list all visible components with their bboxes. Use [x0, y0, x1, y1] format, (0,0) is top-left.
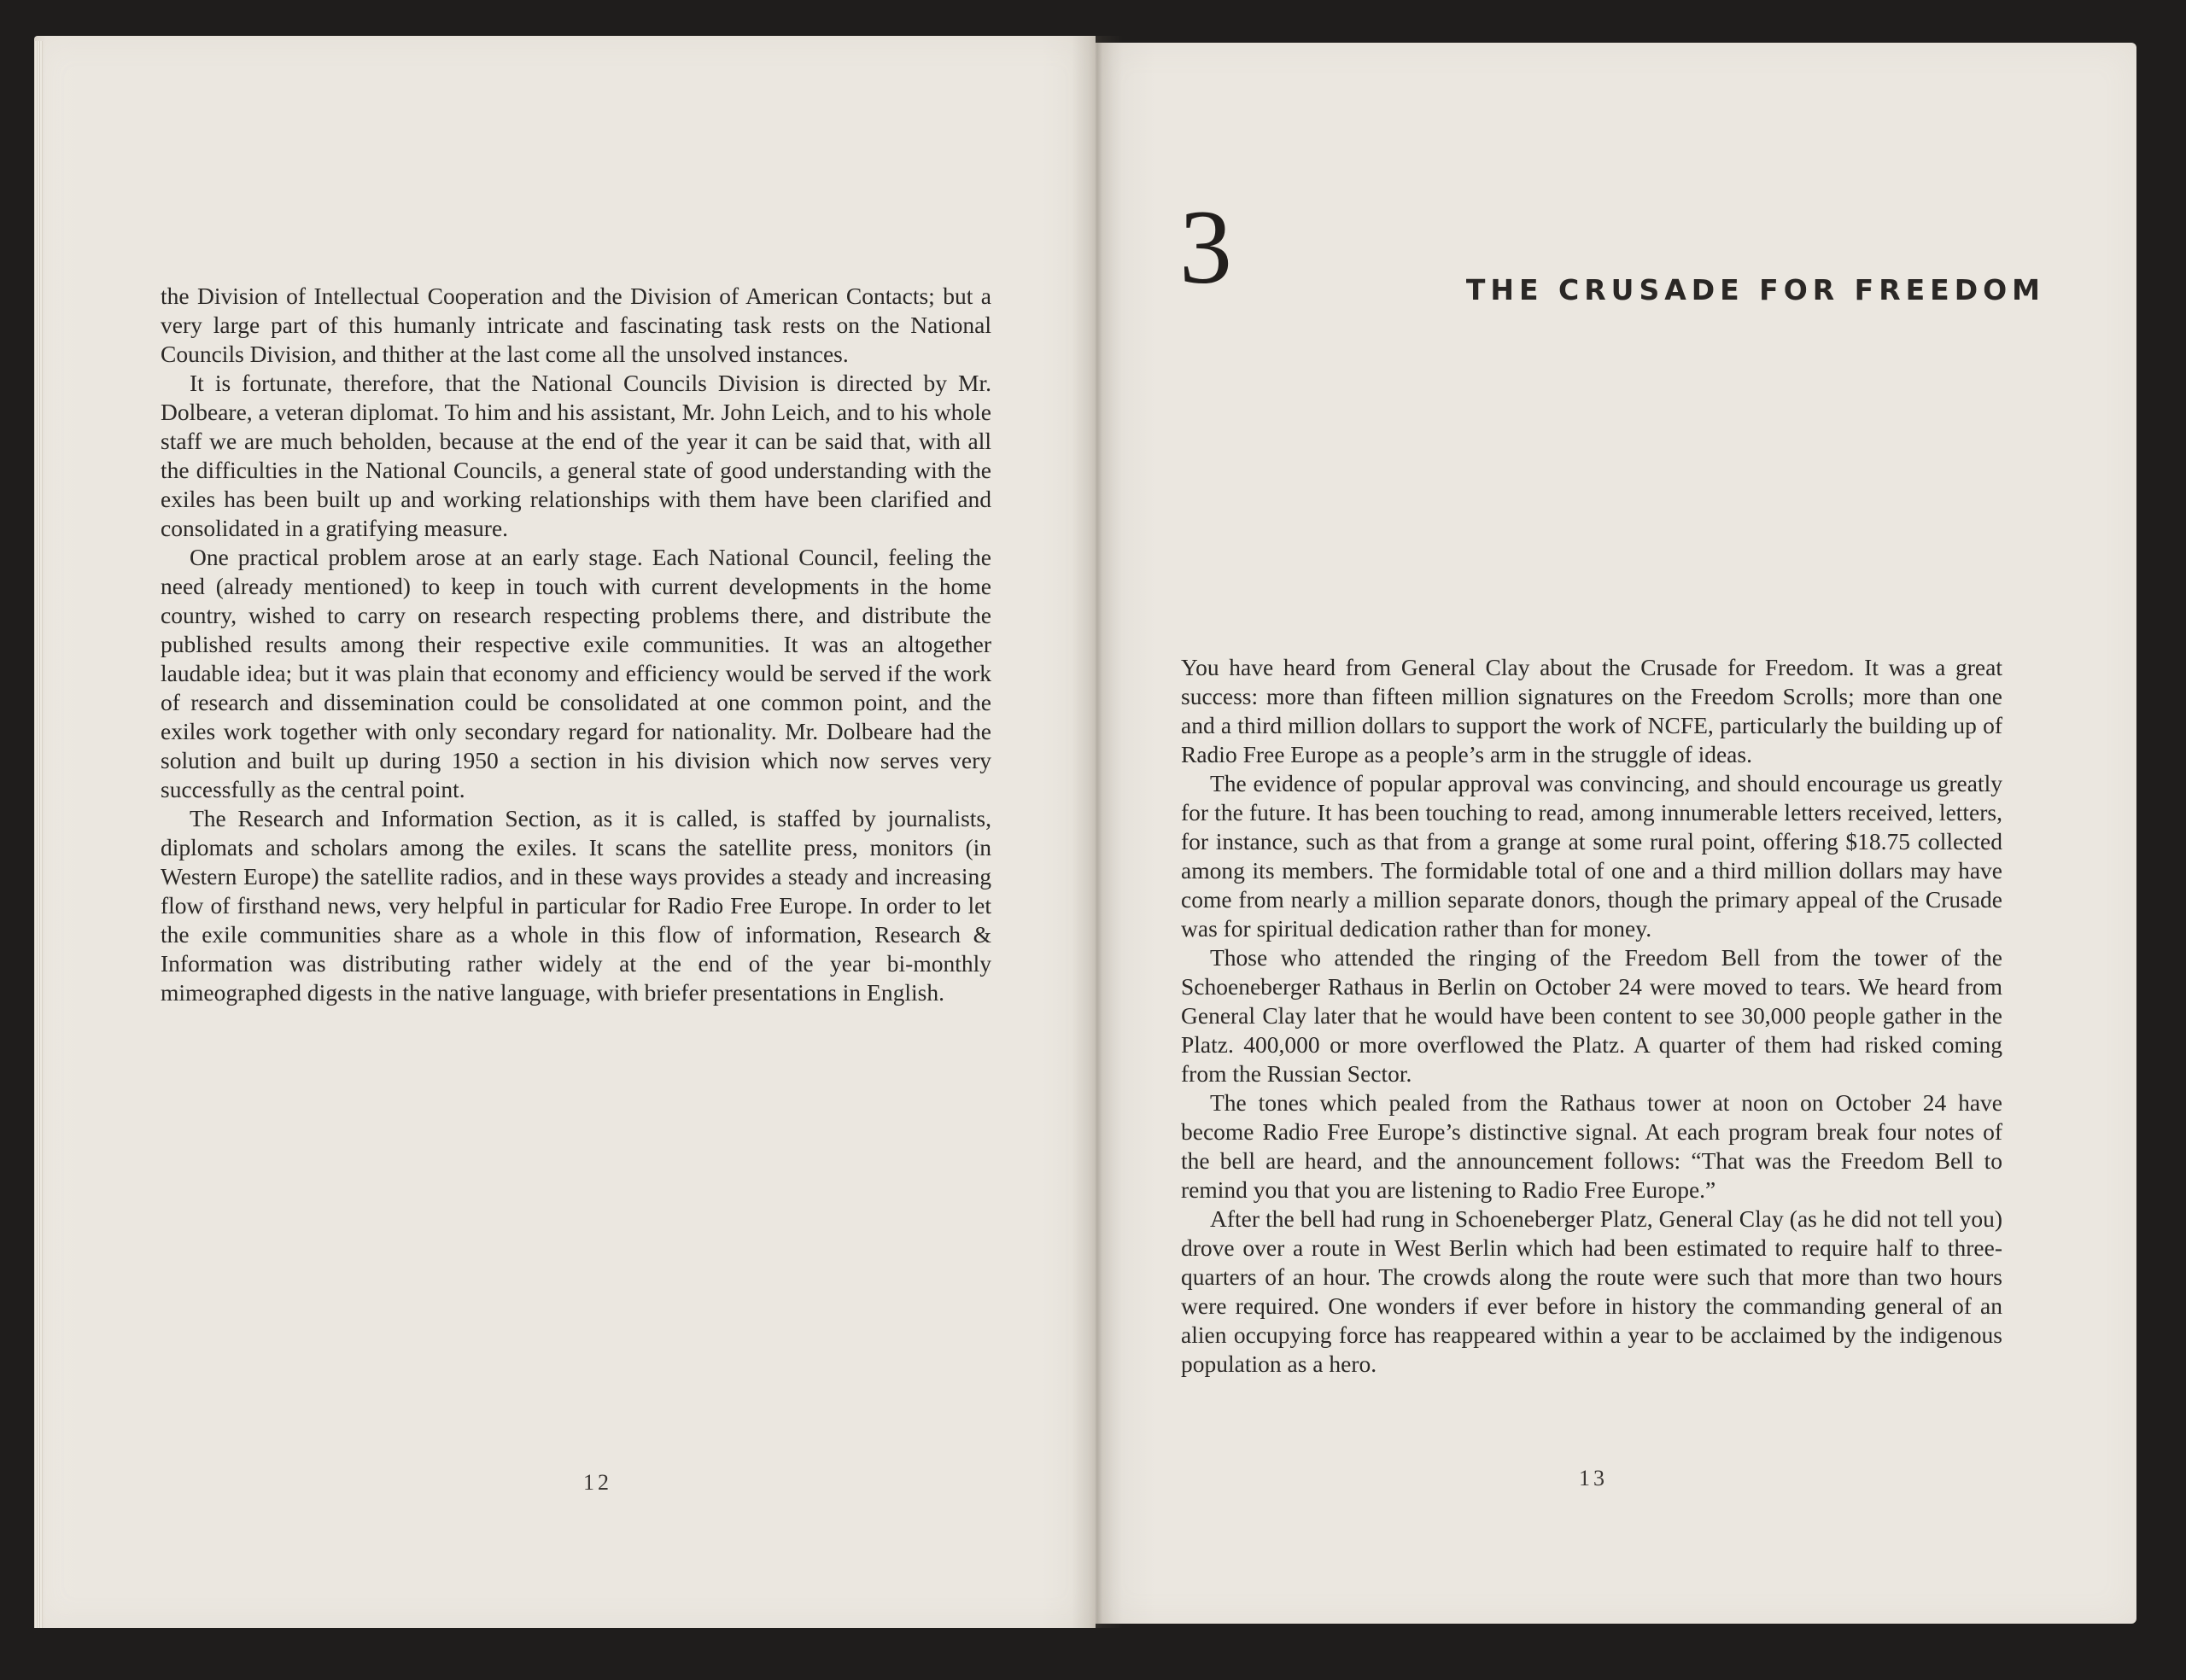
paragraph: The Research and Information Section, as… [161, 804, 991, 1007]
chapter-number: 3 [1179, 195, 1232, 300]
paragraph: The tones which pealed from the Rathaus … [1181, 1088, 2002, 1205]
paragraph: One practical problem arose at an early … [161, 543, 991, 804]
paragraph: You have heard from General Clay about t… [1181, 653, 2002, 769]
paragraph: The evidence of popular approval was con… [1181, 769, 2002, 943]
page-number: 12 [583, 1470, 612, 1496]
left-page-body: the Division of Intellectual Cooperation… [161, 282, 991, 1007]
right-page: 3 THE CRUSADE FOR FREEDOM You have heard… [1096, 43, 2136, 1624]
right-page-body: You have heard from General Clay about t… [1181, 653, 2002, 1379]
paragraph: the Division of Intellectual Cooperation… [161, 282, 991, 369]
page-number: 13 [1579, 1466, 1608, 1491]
paragraph: After the bell had rung in Schoeneberger… [1181, 1205, 2002, 1379]
left-page: the Division of Intellectual Cooperation… [34, 36, 1096, 1628]
paragraph: It is fortunate, therefore, that the Nat… [161, 369, 991, 543]
paragraph: Those who attended the ringing of the Fr… [1181, 943, 2002, 1088]
chapter-title: THE CRUSADE FOR FREEDOM [1466, 273, 2045, 306]
